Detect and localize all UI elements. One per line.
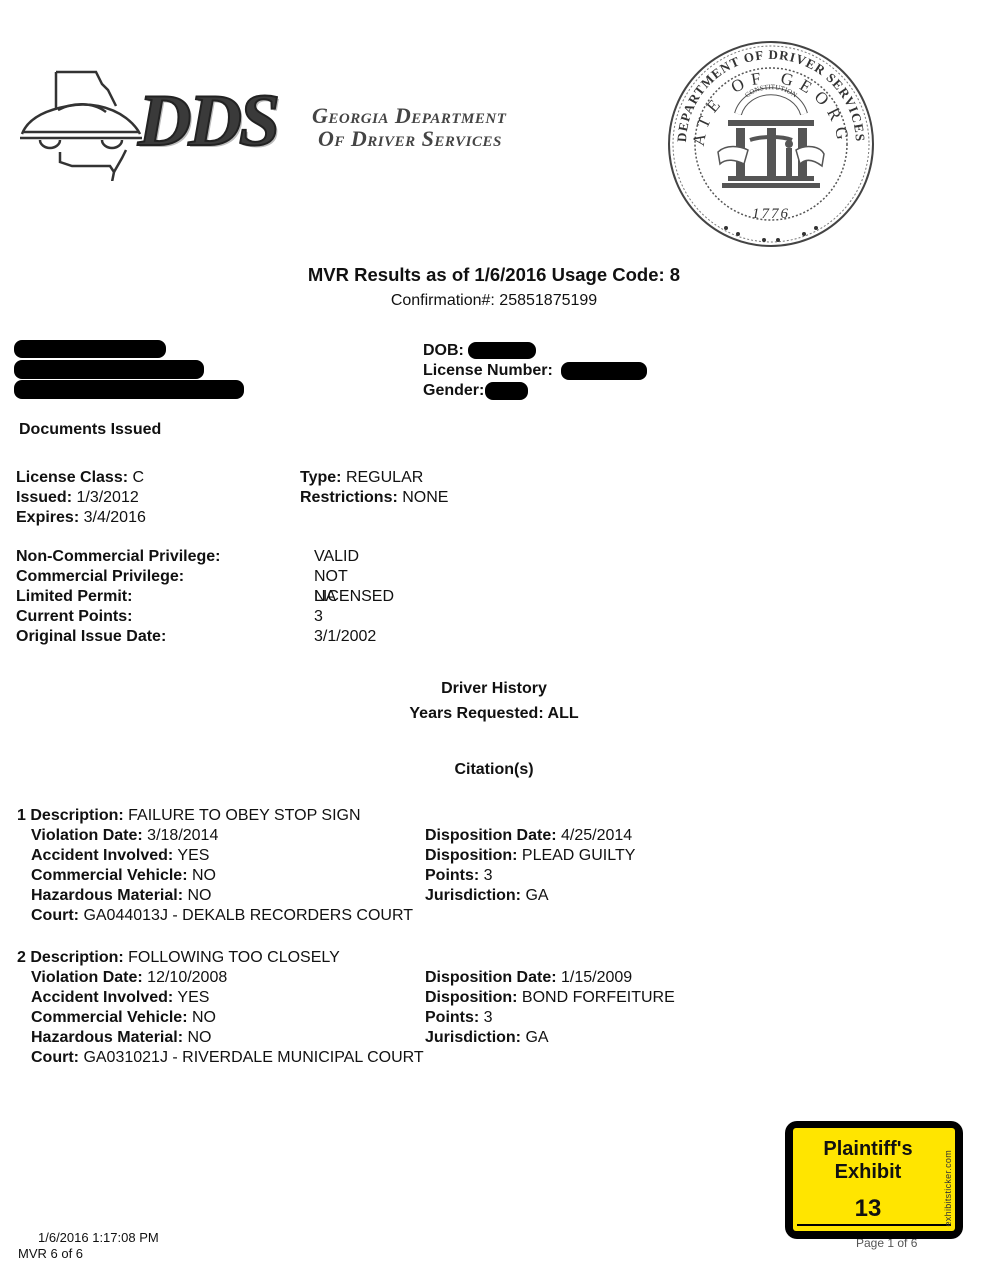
- citation-row: Hazardous Material: NO Jurisdiction: GA: [31, 1028, 737, 1048]
- jurisdiction-label: Jurisdiction:: [425, 1029, 521, 1046]
- court-value: GA031021J - RIVERDALE MUNICIPAL COURT: [83, 1049, 423, 1066]
- dds-logo-text: DDS: [138, 84, 277, 158]
- exhibit-line2: Exhibit: [793, 1161, 943, 1183]
- points-label: Points:: [425, 867, 479, 884]
- privilege-label: Commercial Privilege:: [16, 568, 184, 585]
- privilege-row: Non-Commercial Privilege: VALID: [16, 547, 221, 567]
- agency-name-line1: Georgia Department: [312, 103, 506, 128]
- restrictions: Restrictions: NONE: [300, 488, 448, 508]
- jurisdiction-label: Jurisdiction:: [425, 887, 521, 904]
- privilege-label: Original Issue Date:: [16, 628, 166, 645]
- redacted-address-line1: [14, 360, 204, 379]
- redacted-license-number: [561, 362, 647, 380]
- exhibit-sticker-face: Plaintiff's Exhibit 13 exhibitsticker.co…: [793, 1128, 955, 1231]
- driver-history-heading: Driver History: [0, 679, 988, 699]
- confirmation-number: Confirmation#: 25851875199: [0, 292, 988, 310]
- violation-date-label: Violation Date:: [31, 827, 143, 844]
- citation-description: 1 Description: FAILURE TO OBEY STOP SIGN: [17, 806, 737, 826]
- citation-row: Court: GA031021J - RIVERDALE MUNICIPAL C…: [31, 1048, 737, 1068]
- exhibit-line1: Plaintiff's: [793, 1138, 943, 1160]
- issued: Issued: 1/3/2012: [16, 488, 139, 508]
- license-class-label: License Class:: [16, 469, 128, 486]
- seal-year: 1776: [752, 206, 790, 222]
- points-label: Points:: [425, 1009, 479, 1026]
- disposition-label: Disposition:: [425, 989, 517, 1006]
- page-indicator: MVR 6 of 6: [18, 1246, 83, 1261]
- commercial-vehicle-label: Commercial Vehicle:: [31, 867, 188, 884]
- citation-row: Violation Date: 3/18/2014 Disposition Da…: [31, 826, 737, 846]
- privilege-label: Limited Permit:: [16, 588, 132, 605]
- privilege-row: Commercial Privilege: NOT LICENSED: [16, 567, 221, 587]
- type-value: REGULAR: [346, 469, 423, 486]
- description-value: FAILURE TO OBEY STOP SIGN: [128, 807, 360, 824]
- expires-label: Expires:: [16, 509, 79, 526]
- documents-issued-heading: Documents Issued: [19, 420, 161, 440]
- jurisdiction-value: GA: [525, 1029, 548, 1046]
- expires: Expires: 3/4/2016: [16, 508, 146, 528]
- print-timestamp: 1/6/2016 1:17:08 PM: [38, 1230, 159, 1245]
- restrictions-value: NONE: [402, 489, 448, 506]
- citation-number: 2: [17, 949, 26, 966]
- gender-label: Gender:: [423, 381, 484, 401]
- accident-involved-label: Accident Involved:: [31, 989, 173, 1006]
- restrictions-label: Restrictions:: [300, 489, 398, 506]
- disposition-label: Disposition:: [425, 847, 517, 864]
- license-class: License Class: C: [16, 468, 144, 488]
- commercial-vehicle-label: Commercial Vehicle:: [31, 1009, 188, 1026]
- citation-row: Court: GA044013J - DEKALB RECORDERS COUR…: [31, 906, 737, 926]
- court-value: GA044013J - DEKALB RECORDERS COURT: [83, 907, 413, 924]
- violation-date-value: 3/18/2014: [147, 827, 218, 844]
- accident-involved-label: Accident Involved:: [31, 847, 173, 864]
- citation-row: Accident Involved: YES Disposition: BOND…: [31, 988, 737, 1008]
- description-value: FOLLOWING TOO CLOSELY: [128, 949, 340, 966]
- description-label: Description:: [30, 807, 123, 824]
- redacted-name: [14, 340, 166, 358]
- redacted-dob: [468, 342, 536, 359]
- privileges-table: Non-Commercial Privilege: VALID Commerci…: [16, 547, 221, 647]
- privilege-label: Non-Commercial Privilege:: [16, 548, 221, 565]
- disposition-date-label: Disposition Date:: [425, 969, 557, 986]
- privilege-value: NA: [314, 587, 336, 607]
- exhibit-side-text: exhibitsticker.com: [943, 1150, 953, 1226]
- disposition-date-value: 4/25/2014: [561, 827, 632, 844]
- exhibit-underline: [797, 1224, 951, 1226]
- license-class-value: C: [133, 469, 145, 486]
- citations-heading: Citation(s): [0, 760, 988, 780]
- privilege-label: Current Points:: [16, 608, 132, 625]
- privilege-value: VALID: [314, 547, 359, 567]
- hazardous-material-label: Hazardous Material:: [31, 1029, 183, 1046]
- accident-involved-value: YES: [177, 989, 209, 1006]
- type-label: Type:: [300, 469, 341, 486]
- description-label: Description:: [30, 949, 123, 966]
- citation-row: Commercial Vehicle: NO Points: 3: [31, 866, 737, 886]
- issued-value: 1/3/2012: [76, 489, 138, 506]
- citation-row: Hazardous Material: NO Jurisdiction: GA: [31, 886, 737, 906]
- privilege-value: 3/1/2002: [314, 627, 376, 647]
- dob-label: DOB:: [423, 341, 464, 361]
- exhibit-sticker: Plaintiff's Exhibit 13 exhibitsticker.co…: [785, 1121, 963, 1239]
- georgia-state-seal-icon: DEPARTMENT OF DRIVER SERVICES STATE OF G…: [664, 40, 878, 248]
- citation-2: 2 Description: FOLLOWING TOO CLOSELY Vio…: [17, 948, 737, 1068]
- license-number-label: License Number:: [423, 361, 553, 381]
- privilege-value: 3: [314, 607, 323, 627]
- points-value: 3: [484, 867, 493, 884]
- citation-1: 1 Description: FAILURE TO OBEY STOP SIGN…: [17, 806, 737, 926]
- disposition-date-label: Disposition Date:: [425, 827, 557, 844]
- agency-name-line2: Of Driver Services: [312, 127, 506, 150]
- disposition-value: PLEAD GUILTY: [522, 847, 636, 864]
- violation-date-value: 12/10/2008: [147, 969, 227, 986]
- court-label: Court:: [31, 1049, 79, 1066]
- accident-involved-value: YES: [177, 847, 209, 864]
- redacted-address-line2: [14, 380, 244, 399]
- license-type: Type: REGULAR: [300, 468, 423, 488]
- disposition-value: BOND FORFEITURE: [522, 989, 675, 1006]
- report-title: MVR Results as of 1/6/2016 Usage Code: 8: [0, 264, 988, 286]
- redacted-gender: [485, 382, 528, 400]
- citation-row: Accident Involved: YES Disposition: PLEA…: [31, 846, 737, 866]
- citation-description: 2 Description: FOLLOWING TOO CLOSELY: [17, 948, 737, 968]
- points-value: 3: [484, 1009, 493, 1026]
- privilege-row: Original Issue Date: 3/1/2002: [16, 627, 221, 647]
- commercial-vehicle-value: NO: [192, 1009, 216, 1026]
- hazardous-material-label: Hazardous Material:: [31, 887, 183, 904]
- court-label: Court:: [31, 907, 79, 924]
- dds-car-georgia-logo-icon: [18, 66, 143, 181]
- violation-date-label: Violation Date:: [31, 969, 143, 986]
- exhibit-number: 13: [793, 1196, 943, 1222]
- privilege-row: Current Points: 3: [16, 607, 221, 627]
- agency-name: Georgia Department Of Driver Services: [312, 104, 506, 150]
- citation-row: Violation Date: 12/10/2008 Disposition D…: [31, 968, 737, 988]
- jurisdiction-value: GA: [525, 887, 548, 904]
- commercial-vehicle-value: NO: [192, 867, 216, 884]
- hazardous-material-value: NO: [188, 1029, 212, 1046]
- issued-label: Issued:: [16, 489, 72, 506]
- citation-row: Commercial Vehicle: NO Points: 3: [31, 1008, 737, 1028]
- years-requested: Years Requested: ALL: [0, 704, 988, 724]
- disposition-date-value: 1/15/2009: [561, 969, 632, 986]
- expires-value: 3/4/2016: [84, 509, 146, 526]
- privilege-row: Limited Permit: NA: [16, 587, 221, 607]
- hazardous-material-value: NO: [188, 887, 212, 904]
- citation-number: 1: [17, 807, 26, 824]
